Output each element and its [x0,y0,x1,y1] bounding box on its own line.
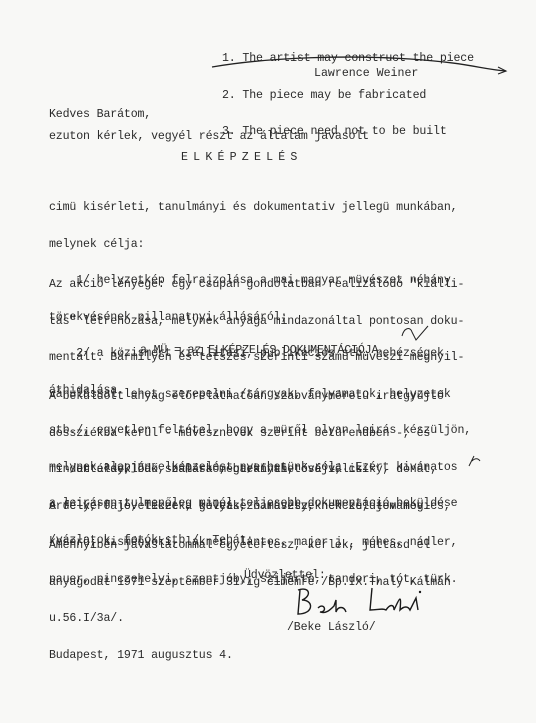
handwritten-signature-icon [290,580,440,625]
text-line: erdély, fajó, ficzek, gulyás, haraszty, … [49,501,457,514]
text-line: Amennyiben javaslatommal egyetértesz, ké… [49,540,451,553]
typed-signature-name: /Beke László/ [287,622,376,634]
text-line: Az akció lényege: egy csupán gondolatban… [49,279,471,292]
project-title: ELKÉPZELÉS [181,152,303,164]
epigraph-line: 2. The piece may be fabricated [222,90,474,103]
text-line: Budapest, 1971 augusztus 4. [49,650,451,663]
salutation: Kedves Barátom, [49,109,151,121]
intro-line: ezuton kérlek, vegyél részt az általam j… [49,131,369,143]
handwritten-mark-icon [466,454,484,468]
formula-line: a MÜ = az ELKÉPZELÉS DOKUMENTÁCIÓJA [140,345,378,357]
text-line: melynek célja: [49,239,457,252]
handwritten-correction-icon [398,322,434,344]
text-line: A beküldött anyag előreláthatóan szabván… [49,391,444,404]
text-line: cimü kisérleti, tanulmányi és dokumentat… [49,202,457,215]
epigraph-author: Lawrence Weiner [314,67,418,80]
letter-page: 1. The artist may construct the piece 2.… [0,0,536,723]
text-line: dossziékba kerül - müvésznevek szerint b… [49,428,444,441]
text-line: attalay, bak, balaskó, baranyai, csáji, … [49,464,457,477]
